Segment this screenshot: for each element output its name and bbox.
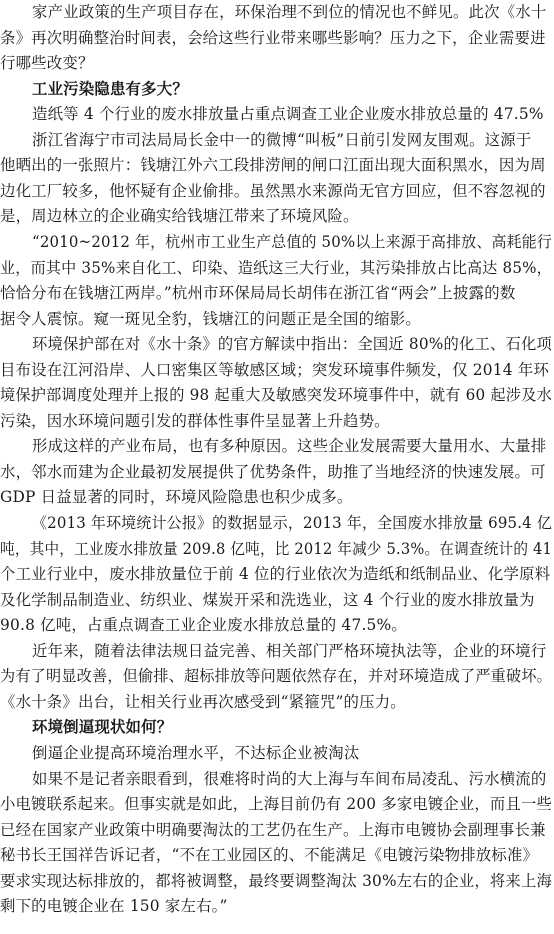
line-text: 水，邻水而建为企业最初发展提供了优势条件，助推了当地经济的快速发展。可 — [0, 460, 546, 486]
text-line: 《水十条》出台，让相关行业再次感受到“紧箍咒”的压力。 — [0, 690, 554, 716]
text-line: 为有了明显改善，但偷排、超标排放等问题依然存在，并对环境造成了严重破坏。 — [0, 664, 554, 690]
document-page: 家产业政策的生产项目存在，环保治理不到位的情况也不鲜见。此次《水十条》再次明确整… — [0, 0, 554, 934]
text-line: 剩下的电镀企业在 150 家左右。” — [0, 894, 554, 920]
line-text: 边化工厂较多，他怀疑有企业偷排。虽然黑水来源尚无官方回应，但不容忽视的 — [0, 179, 546, 205]
text-line: 如果不是记者亲眼看到，很难将时尚的大上海与车间布局凌乱、污水横流的 — [0, 767, 554, 793]
text-line: 环境保护部在对《水十条》的官方解读中指出：全国近 80%的化工、石化项 — [0, 332, 554, 358]
line-text: 境保护部调度处理并上报的 98 起重大及敏感突发环境事件中，就有 60 起涉及水 — [0, 383, 552, 409]
section-heading: 工业污染隐患有多大？ — [0, 77, 554, 103]
text-line: 业，而其中 35%来自化工、印染、造纸这三大行业，其污染排放占比高达 85%， — [0, 256, 554, 282]
line-text: 浙江省海宁市司法局局长金中一的微博“叫板”日前引发网友围观。这源于 — [32, 128, 531, 154]
line-text: 据令人震惊。窥一斑见全豹，钱塘江的问题正是全国的缩影。 — [0, 307, 421, 333]
text-line: 浙江省海宁市司法局局长金中一的微博“叫板”日前引发网友围观。这源于 — [0, 128, 554, 154]
line-text: 环境倒逼现状如何？ — [32, 715, 172, 741]
text-line: 是，周边林立的企业确实给钱塘江带来了环境风险。 — [0, 204, 554, 230]
line-text: “2010~2012 年，杭州市工业生产总值的 50%以上来源于高排放、高耗能行 — [32, 230, 552, 256]
text-line: 目布设在江河沿岸、人口密集区等敏感区域；突发环境事件频发，仅 2014 年环 — [0, 358, 554, 384]
text-line: 吨，其中，工业废水排放量 209.8 亿吨，比 2012 年减少 5.3%。在调… — [0, 537, 554, 563]
line-text: 《2013 年环境统计公报》的数据显示，2013 年，全国废水排放量 695.4… — [32, 511, 552, 537]
text-line: 倒逼企业提高环境治理水平，不达标企业被淘汰 — [0, 741, 554, 767]
text-line: 他晒出的一张照片：钱塘江外六工段排涝闸的闸口江面出现大面积黑水，因为周 — [0, 153, 554, 179]
text-line: 《2013 年环境统计公报》的数据显示，2013 年，全国废水排放量 695.4… — [0, 511, 554, 537]
text-line: 水，邻水而建为企业最初发展提供了优势条件，助推了当地经济的快速发展。可 — [0, 460, 554, 486]
line-text: 形成这样的产业布局，也有多种原因。这些企业发展需要大量用水、大量排 — [32, 434, 547, 460]
text-line: 90.8 亿吨，占重点调查工业企业废水排放总量的 47.5%。 — [0, 613, 554, 639]
line-text: 环境保护部在对《水十条》的官方解读中指出：全国近 80%的化工、石化项 — [32, 332, 552, 358]
line-text: 如果不是记者亲眼看到，很难将时尚的大上海与车间布局凌乱、污水横流的 — [32, 767, 547, 793]
line-text: GDP 日益显著的同时，环境风险隐患也积少成多。 — [0, 485, 353, 511]
line-text: 个工业行业中，废水排放量位于前 4 位的行业依次为造纸和纸制品业、化学原料 — [0, 562, 550, 588]
text-line: 小电镀联系起来。但事实就是如此，上海目前仍有 200 多家电镀企业，而且一些 — [0, 792, 554, 818]
line-text: 污染，因水环境问题引发的群体性事件呈显著上升趋势。 — [0, 409, 390, 435]
line-text: 条》再次明确整治时间表，会给这些行业带来哪些影响？压力之下，企业需要进 — [0, 26, 546, 52]
line-text: 小电镀联系起来。但事实就是如此，上海目前仍有 200 多家电镀企业，而且一些 — [0, 792, 552, 818]
line-text: 目布设在江河沿岸、人口密集区等敏感区域；突发环境事件频发，仅 2014 年环 — [0, 358, 549, 384]
text-line: 据令人震惊。窥一斑见全豹，钱塘江的问题正是全国的缩影。 — [0, 307, 554, 333]
text-line: GDP 日益显著的同时，环境风险隐患也积少成多。 — [0, 485, 554, 511]
line-text: 业，而其中 35%来自化工、印染、造纸这三大行业，其污染排放占比高达 85%， — [0, 256, 552, 282]
text-line: 家产业政策的生产项目存在，环保治理不到位的情况也不鲜见。此次《水十 — [0, 0, 554, 26]
line-text: 工业污染隐患有多大？ — [32, 77, 188, 103]
line-text: 剩下的电镀企业在 150 家左右。” — [0, 894, 228, 920]
line-text: 要求实现达标排放的，都将被调整，最终要调整淘汰 30%左右的企业，将来上海 — [0, 869, 552, 895]
text-line: 行哪些改变？ — [0, 51, 554, 77]
text-line: 造纸等 4 个行业的废水排放量占重点调查工业企业废水排放总量的 47.5% — [0, 102, 554, 128]
line-text: 倒逼企业提高环境治理水平，不达标企业被淘汰 — [32, 741, 359, 767]
text-line: 要求实现达标排放的，都将被调整，最终要调整淘汰 30%左右的企业，将来上海 — [0, 869, 554, 895]
text-line: 已经在国家产业政策中明确要淘汰的工艺仍在生产。上海市电镀协会副理事长兼 — [0, 818, 554, 844]
text-line: 个工业行业中，废水排放量位于前 4 位的行业依次为造纸和纸制品业、化学原料 — [0, 562, 554, 588]
line-text: 吨，其中，工业废水排放量 209.8 亿吨，比 2012 年减少 5.3%。在调… — [0, 537, 552, 563]
section-heading: 环境倒逼现状如何？ — [0, 715, 554, 741]
line-text: 为有了明显改善，但偷排、超标排放等问题依然存在，并对环境造成了严重破坏。 — [0, 664, 552, 690]
text-line: 恰恰分布在钱塘江两岸。”杭州市环保局局长胡伟在浙江省“两会”上披露的数 — [0, 281, 554, 307]
text-line: 条》再次明确整治时间表，会给这些行业带来哪些影响？压力之下，企业需要进 — [0, 26, 554, 52]
line-text: 恰恰分布在钱塘江两岸。”杭州市环保局局长胡伟在浙江省“两会”上披露的数 — [0, 281, 515, 307]
line-text: 家产业政策的生产项目存在，环保治理不到位的情况也不鲜见。此次《水十 — [32, 0, 547, 26]
line-text: 90.8 亿吨，占重点调查工业企业废水排放总量的 47.5%。 — [0, 613, 407, 639]
line-text: 是，周边林立的企业确实给钱塘江带来了环境风险。 — [0, 204, 359, 230]
line-text: 行哪些改变？ — [0, 51, 94, 77]
text-line: 边化工厂较多，他怀疑有企业偷排。虽然黑水来源尚无官方回应，但不容忽视的 — [0, 179, 554, 205]
line-text: 秘书长王国祥告诉记者，“不在工业园区的、不能满足《电镀污染物排放标准》 — [0, 843, 538, 869]
line-text: 《水十条》出台，让相关行业再次感受到“紧箍咒”的压力。 — [0, 690, 406, 716]
line-text: 近年来，随着法律法规日益完善、相关部门严格环境执法等，企业的环境行 — [32, 639, 547, 665]
text-line: 及化学制品制造业、纺织业、煤炭开采和洗选业，这 4 个行业的废水排放量为 — [0, 588, 554, 614]
line-text: 已经在国家产业政策中明确要淘汰的工艺仍在生产。上海市电镀协会副理事长兼 — [0, 818, 546, 844]
line-text: 造纸等 4 个行业的废水排放量占重点调查工业企业废水排放总量的 47.5% — [32, 102, 544, 128]
line-text: 他晒出的一张照片：钱塘江外六工段排涝闸的闸口江面出现大面积黑水，因为周 — [0, 153, 546, 179]
text-line: 秘书长王国祥告诉记者，“不在工业园区的、不能满足《电镀污染物排放标准》 — [0, 843, 554, 869]
text-line: 近年来，随着法律法规日益完善、相关部门严格环境执法等，企业的环境行 — [0, 639, 554, 665]
text-line: 形成这样的产业布局，也有多种原因。这些企业发展需要大量用水、大量排 — [0, 434, 554, 460]
text-line: “2010~2012 年，杭州市工业生产总值的 50%以上来源于高排放、高耗能行 — [0, 230, 554, 256]
line-text: 及化学制品制造业、纺织业、煤炭开采和洗选业，这 4 个行业的废水排放量为 — [0, 588, 535, 614]
text-line: 境保护部调度处理并上报的 98 起重大及敏感突发环境事件中，就有 60 起涉及水 — [0, 383, 554, 409]
text-line: 污染，因水环境问题引发的群体性事件呈显著上升趋势。 — [0, 409, 554, 435]
